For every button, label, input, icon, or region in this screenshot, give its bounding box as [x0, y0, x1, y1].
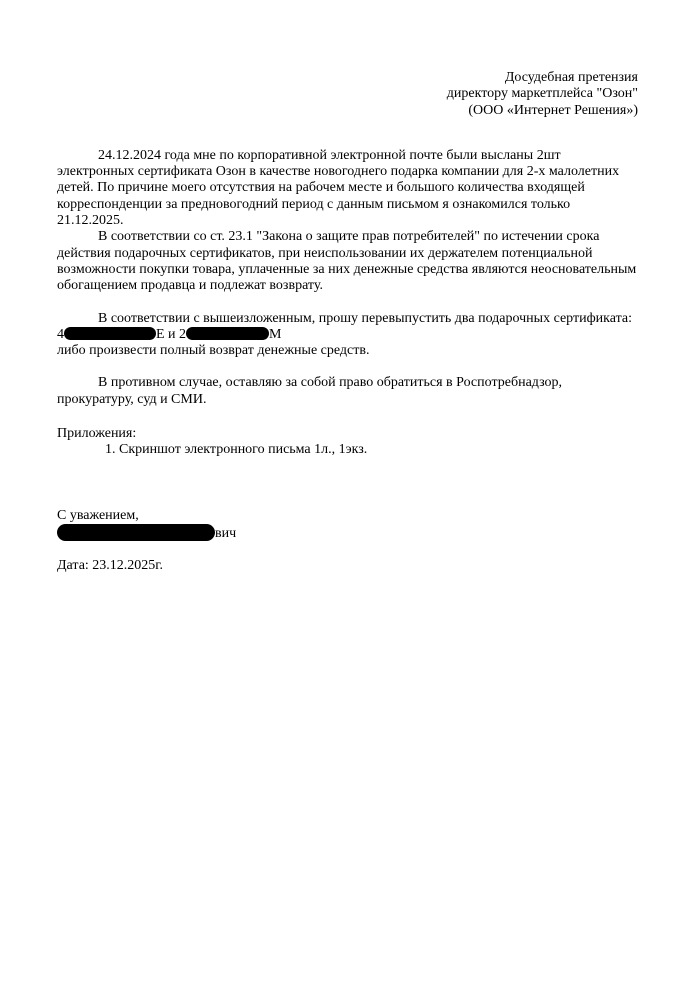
attachments-title: Приложения: [57, 426, 638, 442]
signature-name-visible-suffix: вич [215, 526, 236, 541]
redaction-bar-signature-name [57, 524, 215, 541]
signature-block: С уважением, вич [57, 508, 638, 543]
header-recipient-line-1: Досудебная претензия [57, 70, 638, 86]
paragraph-law-reference: В соответствии со ст. 23.1 "Закона о защ… [57, 229, 638, 294]
paragraph-demand: В соответствии с вышеизложенным, прошу п… [57, 311, 638, 327]
header-recipient-line-2: директору маркетплейса "Озон" [57, 86, 638, 102]
signature-salutation: С уважением, [57, 508, 638, 524]
certificate-2-visible-end: М [269, 327, 281, 342]
redaction-bar-certificate-2 [186, 327, 269, 340]
paragraph-refund-alternative: либо произвести полный возврат денежные … [57, 343, 638, 359]
paragraph-escalation: В противном случае, оставляю за собой пр… [57, 375, 638, 408]
signature-name-line: вич [57, 524, 638, 542]
attachments-section: Приложения: 1. Скриншот электронного пис… [57, 426, 638, 459]
header-recipient-line-3: (ООО «Интернет Решения») [57, 103, 638, 119]
date-line: Дата: 23.12.2025г. [57, 558, 638, 574]
certificate-1-visible-start: 4 [57, 327, 64, 342]
document-header: Досудебная претензия директору маркетпле… [57, 70, 638, 119]
paragraph-intro: 24.12.2024 года мне по корпоративной эле… [57, 148, 638, 229]
document-page: Досудебная претензия директору маркетпле… [0, 0, 700, 990]
attachment-item-1: 1. Скриншот электронного письма 1л., 1эк… [57, 442, 638, 458]
certificates-between-text: Е и 2 [156, 327, 186, 342]
certificate-numbers-line: 4Е и 2М [57, 327, 638, 343]
redaction-bar-certificate-1 [64, 327, 156, 340]
